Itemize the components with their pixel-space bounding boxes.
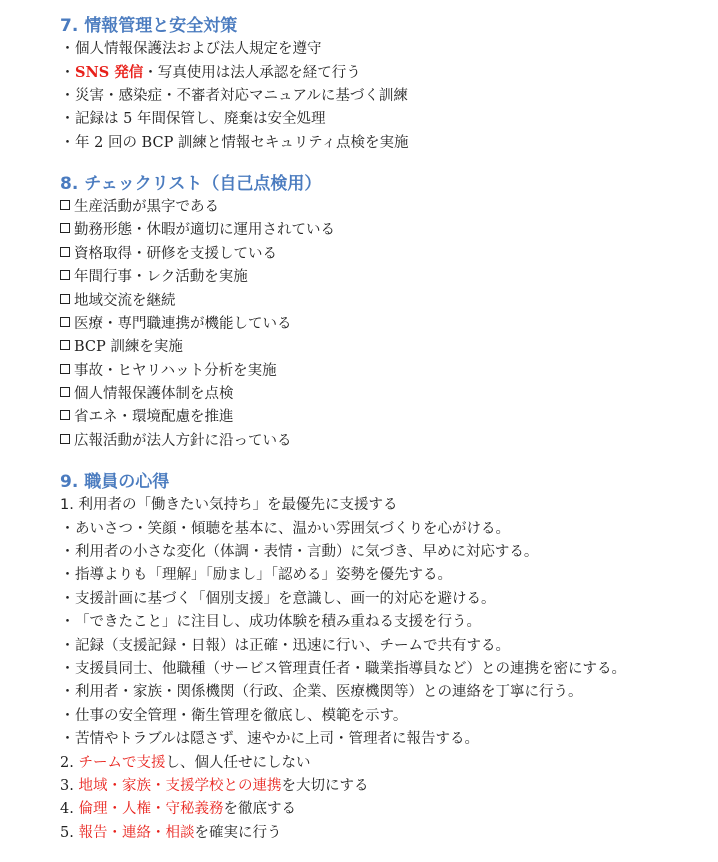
checkbox-icon xyxy=(60,317,70,327)
bullet-icon: ・ xyxy=(60,564,75,587)
numbered-item: 1. 利用者の「働きたい気持ち」を最優先に支援する xyxy=(60,494,710,517)
section-heading: 7. 情報管理と安全対策 xyxy=(60,14,710,38)
checkbox-icon xyxy=(60,247,70,257)
list-item: ・災害・感染症・不審者対応マニュアルに基づく訓練 xyxy=(60,85,710,108)
item-number: 1. xyxy=(60,497,74,513)
bullet-icon: ・ xyxy=(60,132,75,155)
checkbox-icon xyxy=(60,387,70,397)
sub-item: ・支援計画に基づく「個別支援」を意識し、画一的対応を避ける。 xyxy=(60,588,710,611)
checkbox-icon xyxy=(60,223,70,233)
bullet-icon: ・ xyxy=(60,705,75,728)
bullet-icon: ・ xyxy=(60,611,75,634)
sub-item: ・記録（支援記録・日報）は正確・迅速に行い、チームで共有する。 xyxy=(60,635,710,658)
highlight-text: 倫理・人権・守秘義務 xyxy=(78,801,223,817)
numbered-item: 5. 報告・連絡・相談を確実に行う xyxy=(60,822,710,845)
bullet-icon: ・ xyxy=(60,635,75,658)
highlight-text: 地域・家族・支援学校との連携 xyxy=(78,778,281,794)
section-info-management: 7. 情報管理と安全対策 ・個人情報保護法および法人規定を遵守 ・SNS 発信・… xyxy=(60,14,710,155)
checkbox-icon xyxy=(60,340,70,350)
list-item: ・年 2 回の BCP 訓練と情報セキュリティ点検を実施 xyxy=(60,132,710,155)
bullet-icon: ・ xyxy=(60,588,75,611)
checklist-item: 広報活動が法人方針に沿っている xyxy=(60,430,710,453)
checkbox-icon xyxy=(60,364,70,374)
numbered-item: 3. 地域・家族・支援学校との連携を大切にする xyxy=(60,775,710,798)
item-number: 2. xyxy=(60,755,74,771)
sub-item: ・指導よりも「理解」「励まし」「認める」姿勢を優先する。 xyxy=(60,564,710,587)
checklist-item: 生産活動が黒字である xyxy=(60,196,710,219)
section-heading: 8. チェックリスト（自己点検用） xyxy=(60,172,710,196)
spacer xyxy=(60,453,710,470)
document: 7. 情報管理と安全対策 ・個人情報保護法および法人規定を遵守 ・SNS 発信・… xyxy=(60,14,710,845)
checkbox-icon xyxy=(60,294,70,304)
bullet-icon: ・ xyxy=(60,728,75,751)
checkbox-icon xyxy=(60,270,70,280)
numbered-item: 2. チームで支援し、個人任せにしない xyxy=(60,752,710,775)
checkbox-icon xyxy=(60,434,70,444)
item-number: 5. xyxy=(60,825,74,841)
bullet-icon: ・ xyxy=(60,681,75,704)
checkbox-icon xyxy=(60,410,70,420)
item-number: 3. xyxy=(60,778,74,794)
sub-item: ・仕事の安全管理・衛生管理を徹底し、模範を示す。 xyxy=(60,705,710,728)
section-checklist: 8. チェックリスト（自己点検用） 生産活動が黒字である 勤務形態・休暇が適切に… xyxy=(60,172,710,453)
list-item: ・個人情報保護法および法人規定を遵守 xyxy=(60,38,710,61)
bullet-icon: ・ xyxy=(60,541,75,564)
bullet-icon: ・ xyxy=(60,108,75,131)
checklist-item: 年間行事・レク活動を実施 xyxy=(60,266,710,289)
section-staff-guidelines: 9. 職員の心得 1. 利用者の「働きたい気持ち」を最優先に支援する ・あいさつ… xyxy=(60,470,710,845)
bullet-icon: ・ xyxy=(60,658,75,681)
checklist-item: 個人情報保護体制を点検 xyxy=(60,383,710,406)
sub-item: ・支援員同士、他職種（サービス管理責任者・職業指導員など）との連携を密にする。 xyxy=(60,658,710,681)
checklist-item: 勤務形態・休暇が適切に運用されている xyxy=(60,219,710,242)
item-number: 4. xyxy=(60,801,74,817)
bullet-icon: ・ xyxy=(60,518,75,541)
checklist-item: 地域交流を継続 xyxy=(60,290,710,313)
highlight-text: 報告・連絡・相談 xyxy=(78,825,194,841)
sub-item: ・利用者・家族・関係機関（行政、企業、医療機関等）との連絡を丁寧に行う。 xyxy=(60,681,710,704)
checkbox-icon xyxy=(60,200,70,210)
sub-item: ・あいさつ・笑顔・傾聴を基本に、温かい雰囲気づくりを心がける。 xyxy=(60,518,710,541)
checklist-item: BCP 訓練を実施 xyxy=(60,336,710,359)
spacer xyxy=(60,155,710,172)
checklist-item: 事故・ヒヤリハット分析を実施 xyxy=(60,360,710,383)
list-item: ・記録は 5 年間保管し、廃棄は安全処理 xyxy=(60,108,710,131)
sub-item: ・利用者の小さな変化（体調・表情・言動）に気づき、早めに対応する。 xyxy=(60,541,710,564)
numbered-item: 4. 倫理・人権・守秘義務を徹底する xyxy=(60,798,710,821)
bullet-icon: ・ xyxy=(60,38,75,61)
highlight-text: チームで支援 xyxy=(78,755,165,771)
list-item: ・SNS 発信・写真使用は法人承認を経て行う xyxy=(60,61,710,84)
sub-item: ・「できたこと」に注目し、成功体験を積み重ねる支援を行う。 xyxy=(60,611,710,634)
highlight-text: SNS 発信 xyxy=(75,64,143,81)
sub-item: ・苦情やトラブルは隠さず、速やかに上司・管理者に報告する。 xyxy=(60,728,710,751)
checklist-item: 医療・専門職連携が機能している xyxy=(60,313,710,336)
section-heading: 9. 職員の心得 xyxy=(60,470,710,494)
bullet-icon: ・ xyxy=(60,62,75,85)
bullet-icon: ・ xyxy=(60,85,75,108)
checklist-item: 資格取得・研修を支援している xyxy=(60,243,710,266)
checklist-item: 省エネ・環境配慮を推進 xyxy=(60,406,710,429)
